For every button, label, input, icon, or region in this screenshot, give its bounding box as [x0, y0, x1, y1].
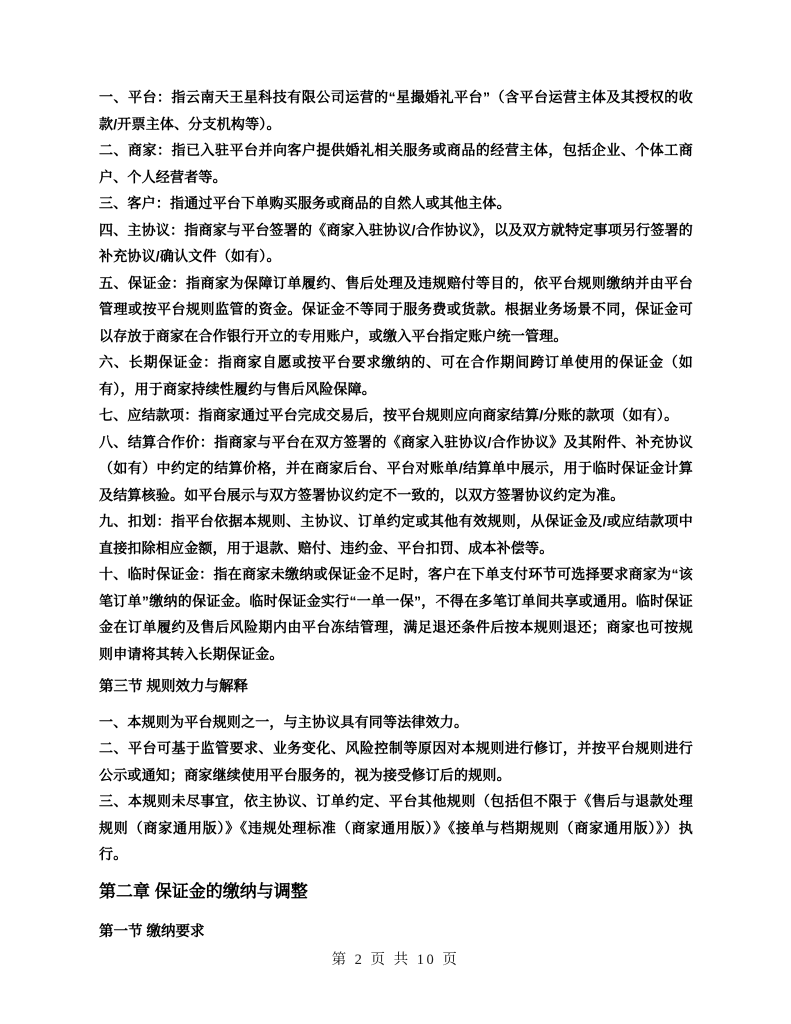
definition-item-settlement-price: 八、结算合作价：指商家与平台在双方签署的《商家入驻协议/合作协议》及其附件、补充… — [99, 429, 693, 509]
rule-effect-item-1: 一、本规则为平台规则之一，与主协议具有同等法律效力。 — [99, 709, 693, 736]
section-heading-payment-requirements: 第一节 缴纳要求 — [99, 919, 693, 946]
page-number-footer: 第 2 页 共 10 页 — [0, 948, 791, 969]
document-page: 一、平台：指云南天王星科技有限公司运营的“星撮婚礼平台”（含平台运营主体及其授权… — [0, 0, 791, 1024]
definition-item-merchant: 二、商家：指已入驻平台并向客户提供婚礼相关服务或商品的经营主体，包括企业、个体工… — [99, 137, 693, 190]
definition-item-master-agreement: 四、主协议：指商家与平台签署的《商家入驻协议/合作协议》，以及双方就特定事项另行… — [99, 217, 693, 270]
definition-item-deduction: 九、扣划：指平台依据本规则、主协议、订单约定或其他有效规则，从保证金及/或应结款… — [99, 508, 693, 561]
section-heading-rule-effect: 第三节 规则效力与解释 — [99, 674, 693, 701]
definition-item-deposit: 五、保证金：指商家为保障订单履约、售后处理及违规赔付等目的，依平台规则缴纳并由平… — [99, 270, 693, 350]
rule-effect-item-3: 三、本规则未尽事宜，依主协议、订单约定、平台其他规则（包括但不限于《售后与退款处… — [99, 788, 693, 868]
rule-effect-item-2: 二、平台可基于监管要求、业务变化、风险控制等原因对本规则进行修订，并按平台规则进… — [99, 735, 693, 788]
definition-item-temporary-deposit: 十、临时保证金：指在商家未缴纳或保证金不足时，客户在下单支付环节可选择要求商家为… — [99, 561, 693, 667]
chapter-heading-deposit-payment: 第二章 保证金的缴纳与调整 — [99, 877, 693, 907]
definition-item-customer: 三、客户：指通过平台下单购买服务或商品的自然人或其他主体。 — [99, 190, 693, 217]
definition-item-long-term-deposit: 六、长期保证金：指商家自愿或按平台要求缴纳的、可在合作期间跨订单使用的保证金（如… — [99, 349, 693, 402]
definition-item-settlement-payable: 七、应结款项：指商家通过平台完成交易后，按平台规则应向商家结算/分账的款项（如有… — [99, 402, 693, 429]
document-content: 一、平台：指云南天王星科技有限公司运营的“星撮婚礼平台”（含平台运营主体及其授权… — [99, 84, 693, 945]
definition-item-platform: 一、平台：指云南天王星科技有限公司运营的“星撮婚礼平台”（含平台运营主体及其授权… — [99, 84, 693, 137]
